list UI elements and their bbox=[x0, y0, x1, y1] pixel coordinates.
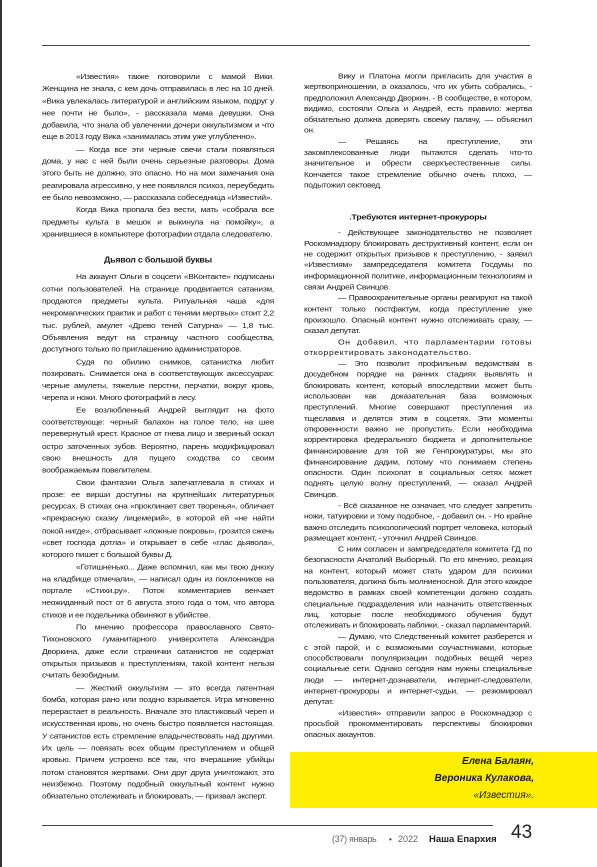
paragraph: На аккаунт Ольги в соцсети «ВКонтакте» п… bbox=[42, 271, 274, 356]
paragraph: «Известия» отправили запрос в Роскомнадз… bbox=[304, 708, 532, 741]
paragraph: Ее возлюбленный Андрей выглядит на фото … bbox=[42, 404, 274, 476]
magazine-title: Наша Епархия bbox=[429, 834, 497, 845]
top-rule bbox=[42, 45, 530, 46]
paragraph: — Жесткий оккультизм — это всегда латент… bbox=[42, 682, 274, 803]
bottom-rule bbox=[42, 825, 493, 826]
paragraph: Свои фантазии Ольга запечатлевала в стих… bbox=[42, 477, 274, 562]
paragraph: С ним согласен и зампредседателя комитет… bbox=[304, 544, 532, 631]
paragraph: — Решаясь на преступление, эти закомплек… bbox=[304, 137, 532, 192]
page-number: 43 bbox=[511, 822, 532, 844]
source-name: «Известия». bbox=[474, 790, 534, 801]
paragraph: Когда Вика пропала без вести, мать «собр… bbox=[42, 204, 274, 240]
paragraph: По мнению профессора православного Свято… bbox=[42, 621, 274, 681]
paragraph: «Готишненько... Даже вспомнил, как мы тв… bbox=[42, 561, 274, 621]
section-heading: .Требуются интернет-прокуроры bbox=[304, 212, 532, 223]
footer-issue: (37) январь bbox=[332, 834, 376, 844]
paragraph: - Действующее законодательство не позвол… bbox=[304, 227, 532, 293]
section-heading: Дьявол с большой буквы bbox=[42, 255, 274, 267]
page-edge-border bbox=[0, 0, 2, 867]
paragraph: - Всё сказанное не означает, что следует… bbox=[304, 500, 532, 544]
paragraph: Он добавил, что парламентарии готовы отк… bbox=[304, 337, 532, 359]
right-column: Вику и Платона могли пригласить для учас… bbox=[304, 71, 532, 741]
byline-box: Елена Балаян, Вероника Кулакова, «Извест… bbox=[290, 752, 597, 808]
paragraph: — Думаю, что Следственный комитет разбер… bbox=[304, 631, 532, 707]
paragraph: Судя по обилию снимков, сатанистка любит… bbox=[42, 356, 274, 404]
paragraph: «Известия» также поговорили с мамой Вики… bbox=[42, 71, 274, 143]
footer-bullet-icon: • bbox=[389, 835, 392, 844]
paragraph: — Это позволит профильным ведомствам в д… bbox=[304, 358, 532, 500]
author-name: Вероника Кулакова, bbox=[435, 773, 534, 784]
left-column: «Известия» также поговорили с мамой Вики… bbox=[42, 71, 274, 803]
paragraph: — Когда все эти черные свечи стали появл… bbox=[42, 143, 274, 203]
footer-year: 2022 bbox=[398, 834, 418, 844]
paragraph: — Правоохранительные органы реагируют на… bbox=[304, 293, 532, 337]
paragraph: Вику и Платона могли пригласить для учас… bbox=[304, 71, 532, 137]
author-name: Елена Балаян, bbox=[462, 756, 534, 767]
